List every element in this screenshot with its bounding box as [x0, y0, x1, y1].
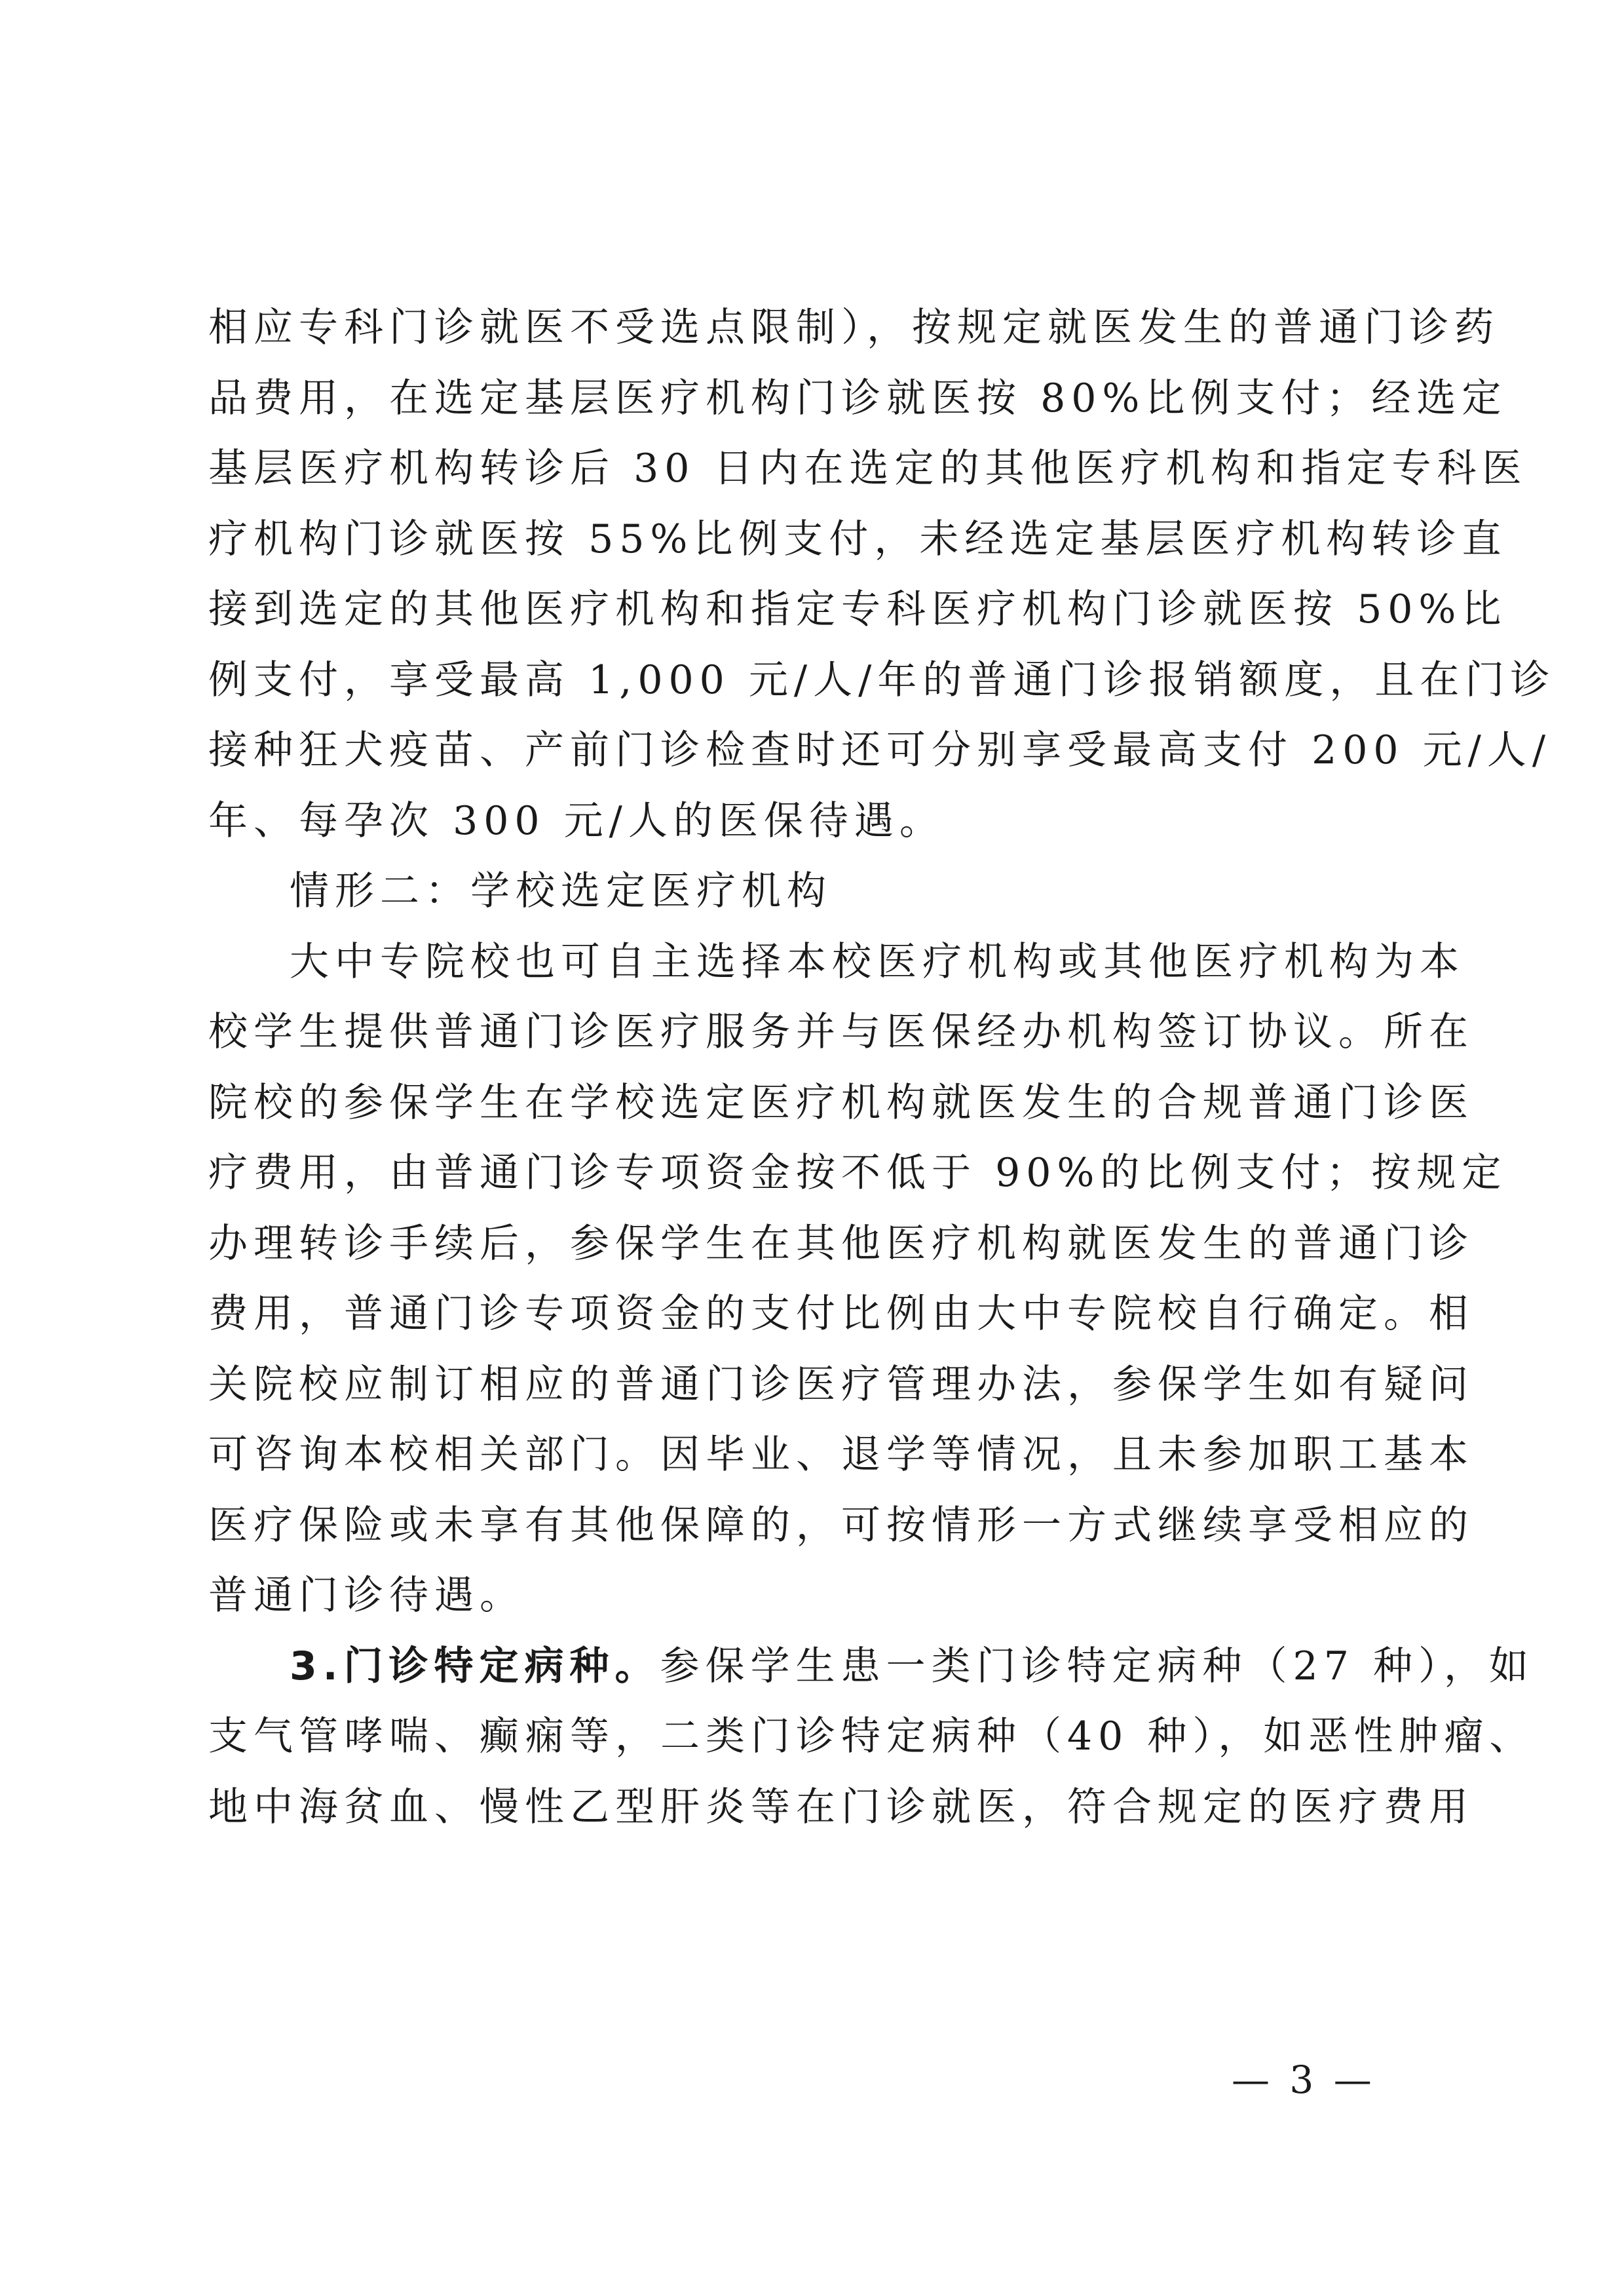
- text-line: 医疗保险或未享有其他保障的，可按情形一方式继续享受相应的: [208, 1491, 1433, 1561]
- body-text: 相应专科门诊就医不受选点限制），按规定就医发生的普通门诊药 品费用，在选定基层医…: [208, 293, 1433, 1843]
- text-line: 接种狂犬疫苗、产前门诊检查时还可分别享受最高支付 200 元/人/: [208, 716, 1433, 786]
- text-line: 办理转诊手续后，参保学生在其他医疗机构就医发生的普通门诊: [208, 1209, 1433, 1280]
- text-line: 地中海贫血、慢性乙型肝炎等在门诊就医，符合规定的医疗费用: [208, 1772, 1433, 1843]
- page-number: — 3 —: [1232, 2057, 1376, 2102]
- text-line: 品费用，在选定基层医疗机构门诊就医按 80%比例支付；经选定: [208, 364, 1433, 434]
- text-line: 相应专科门诊就医不受选点限制），按规定就医发生的普通门诊药: [208, 293, 1433, 364]
- text-line: 支气管哮喘、癫痫等，二类门诊特定病种（40 种），如恶性肿瘤、: [208, 1702, 1433, 1772]
- text-line: 疗机构门诊就医按 55%比例支付，未经选定基层医疗机构转诊直: [208, 505, 1433, 575]
- text-line: 可咨询本校相关部门。因毕业、退学等情况，且未参加职工基本: [208, 1420, 1433, 1491]
- item-3-first-line: 3.门诊特定病种。参保学生患一类门诊特定病种（27 种），如: [208, 1632, 1433, 1702]
- text-line: 大中专院校也可自主选择本校医疗机构或其他医疗机构为本: [208, 927, 1433, 998]
- text-line: 关院校应制订相应的普通门诊医疗管理办法，参保学生如有疑问: [208, 1350, 1433, 1421]
- text-line: 接到选定的其他医疗机构和指定专科医疗机构门诊就医按 50%比: [208, 575, 1433, 645]
- text-line: 校学生提供普通门诊医疗服务并与医保经办机构签订协议。所在: [208, 997, 1433, 1068]
- text-line: 院校的参保学生在学校选定医疗机构就医发生的合规普通门诊医: [208, 1068, 1433, 1139]
- document-page: 相应专科门诊就医不受选点限制），按规定就医发生的普通门诊药 品费用，在选定基层医…: [0, 0, 1624, 2296]
- text-line: 基层医疗机构转诊后 30 日内在选定的其他医疗机构和指定专科医: [208, 434, 1433, 505]
- text-line: 普通门诊待遇。: [208, 1561, 1433, 1632]
- text-line: 疗费用，由普通门诊专项资金按不低于 90%的比例支付；按规定: [208, 1138, 1433, 1209]
- item-3-text: 参保学生患一类门诊特定病种（27 种），如: [660, 1643, 1534, 1689]
- text-line: 年、每孕次 300 元/人的医保待遇。: [208, 786, 1433, 857]
- item-3-lead: 3.门诊特定病种。: [290, 1643, 660, 1689]
- section-heading: 情形二：学校选定医疗机构: [208, 856, 1433, 927]
- text-line: 例支付，享受最高 1,000 元/人/年的普通门诊报销额度，且在门诊: [208, 645, 1433, 716]
- text-line: 费用，普通门诊专项资金的支付比例由大中专院校自行确定。相: [208, 1279, 1433, 1350]
